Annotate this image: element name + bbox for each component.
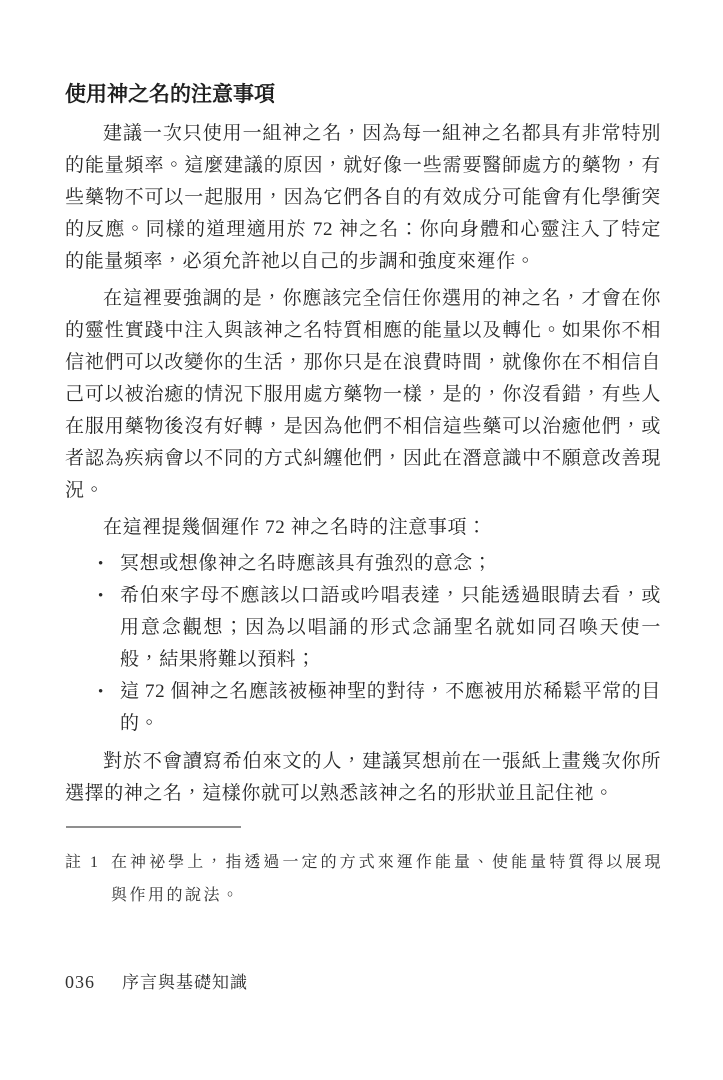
bullet-icon: • (98, 580, 104, 612)
footnote-divider (66, 826, 241, 828)
page-number: 036 (65, 972, 95, 993)
footnote: 註 1 在神祕學上，指透過一定的方式來運作能量、使能量特質得以展現與作用的說法。 (65, 846, 663, 912)
closing-paragraph: 對於不會讀寫希伯來文的人，建議冥想前在一張紙上畫幾次你所選擇的神之名，這樣你就可… (65, 746, 661, 810)
footnote-text: 在神祕學上，指透過一定的方式來運作能量、使能量特質得以展現與作用的說法。 (111, 846, 663, 912)
body-paragraph-2: 在這裡要強調的是，你應該完全信任你選用的神之名，才會在你的靈性實踐中注入與該神之… (65, 283, 661, 507)
list-item-text: 這 72 個神之名應該被極神聖的對待，不應被用於稀鬆平常的目的。 (120, 681, 661, 734)
page-footer: 036 序言與基礎知識 (65, 968, 248, 993)
footnote-label: 註 1 (65, 846, 111, 912)
notes-list: • 冥想或想像神之名時應該具有強烈的意念； • 希伯來字母不應該以口語或吟唱表達… (65, 548, 661, 740)
list-item: • 冥想或想像神之名時應該具有強烈的意念； (120, 548, 661, 580)
list-item: • 這 72 個神之名應該被極神聖的對待，不應被用於稀鬆平常的目的。 (120, 676, 661, 740)
list-item-text: 希伯來字母不應該以口語或吟唱表達，只能透過眼睛去看，或用意念觀想；因為以唱誦的形… (120, 585, 661, 670)
bullet-icon: • (98, 676, 104, 708)
footer-section-title: 序言與基礎知識 (122, 968, 248, 993)
list-intro-paragraph: 在這裡提幾個運作 72 神之名時的注意事項： (65, 512, 661, 544)
list-item-text: 冥想或想像神之名時應該具有強烈的意念； (120, 553, 492, 574)
page-content: 使用神之名的注意事項 建議一次只使用一組神之名，因為每一組神之名都具有非常特別的… (0, 0, 723, 810)
list-item: • 希伯來字母不應該以口語或吟唱表達，只能透過眼睛去看，或用意念觀想；因為以唱誦… (120, 580, 661, 676)
body-paragraph-1: 建議一次只使用一組神之名，因為每一組神之名都具有非常特別的能量頻率。這麼建議的原… (65, 118, 661, 278)
book-page: 使用神之名的注意事項 建議一次只使用一組神之名，因為每一組神之名都具有非常特別的… (0, 0, 723, 1080)
section-heading: 使用神之名的注意事項 (65, 82, 661, 108)
footnote-block: 註 1 在神祕學上，指透過一定的方式來運作能量、使能量特質得以展現與作用的說法。 (65, 826, 663, 912)
bullet-icon: • (98, 548, 104, 580)
